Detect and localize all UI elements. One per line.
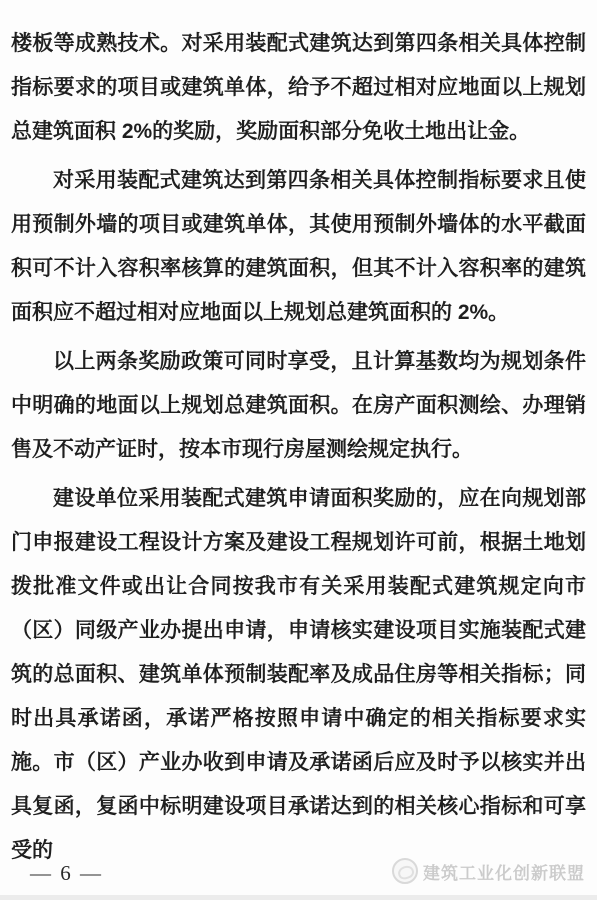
page-bottom-edge	[0, 895, 597, 900]
document-body: 楼板等成熟技术。对采用装配式建筑达到第四条相关具体控制指标要求的项目或建筑单体，…	[11, 22, 586, 878]
body-paragraph: 楼板等成熟技术。对采用装配式建筑达到第四条相关具体控制指标要求的项目或建筑单体，…	[11, 22, 586, 154]
watermark-label: 建筑工业化创新联盟	[423, 859, 585, 884]
watermark: 建筑工业化创新联盟	[392, 858, 585, 884]
body-paragraph: 建设单位采用装配式建筑申请面积奖励的，应在向规划部门申报建设工程设计方案及建设工…	[11, 477, 586, 873]
document-page: 楼板等成熟技术。对采用装配式建筑达到第四条相关具体控制指标要求的项目或建筑单体，…	[0, 0, 597, 900]
body-paragraph: 对采用装配式建筑达到第四条相关具体控制指标要求且使用预制外墙的项目或建筑单体，其…	[11, 159, 586, 335]
body-paragraph: 以上两条奖励政策可同时享受，且计算基数均为规划条件中明确的地面以上规划总建筑面积…	[11, 340, 586, 472]
page-number: — 6 —	[30, 861, 103, 886]
alliance-logo-icon	[392, 858, 418, 884]
